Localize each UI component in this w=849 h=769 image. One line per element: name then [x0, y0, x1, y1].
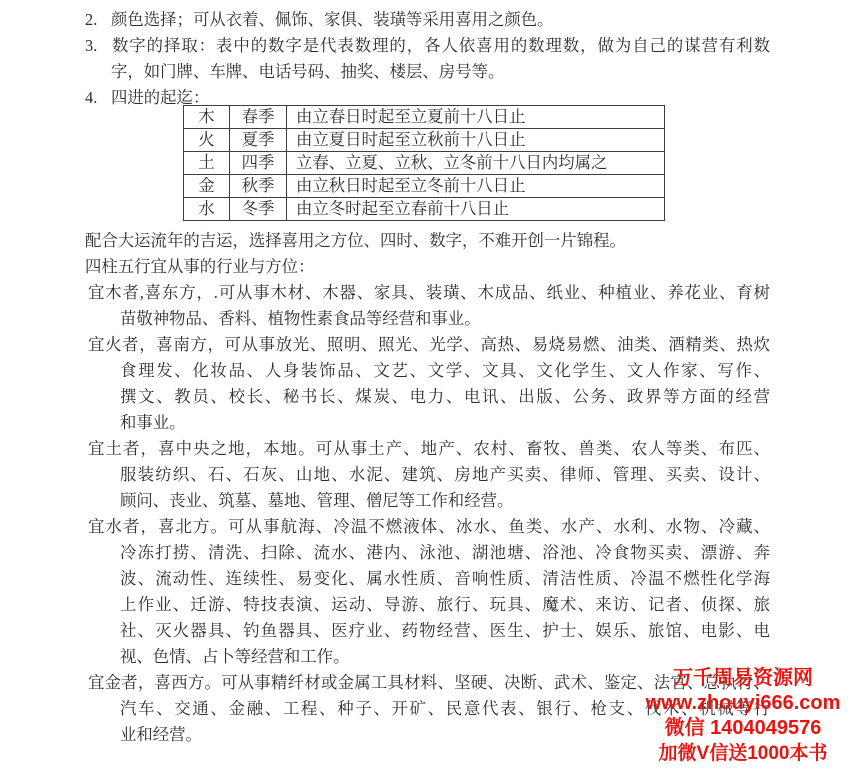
range-cell: 由立秋日时起至立冬前十八日止	[287, 175, 665, 198]
five-elements-seasons-table: 木春季由立春日时起至立夏前十八日止火夏季由立夏日时起至立秋前十八日止土四季立春、…	[183, 105, 665, 221]
range-cell: 由立夏日时起至立秋前十八日止	[287, 129, 665, 152]
paragraph-line: 顾问、丧业、筑墓、墓地、管理、僧尼等工作和经营。	[0, 488, 849, 514]
paragraph-line: 和事业。	[0, 410, 849, 436]
paragraph-line: 四柱五行宜从事的行业与方位：	[0, 254, 849, 280]
paragraph-line: 食理发、化妆品、人身装饰品、文艺、文学、文具、文化学生、文人作家、写作、	[0, 358, 849, 384]
paragraph-line: 宜火者，喜南方，可从事放光、照明、照光、光学、高热、易烧易燃、油类、酒精类、热炊	[0, 332, 849, 358]
season-cell: 四季	[230, 152, 287, 175]
element-cell: 土	[184, 152, 230, 175]
range-cell: 由立冬时起至立春前十八日止	[287, 198, 665, 221]
paragraph-line: 冷冻打捞、清洗、扫除、流水、港内、泳池、湖池塘、浴池、冷食物买卖、漂游、奔	[0, 540, 849, 566]
table-row: 水冬季由立冬时起至立春前十八日止	[184, 198, 665, 221]
paragraph-line: 宜土者，喜中央之地，本地。可从事土产、地产、农村、畜牧、兽类、农人等类、布匹、	[0, 436, 849, 462]
paragraph-line: 撰文、教员、校长、秘书长、煤炭、电力、电讯、出版、公务、政界等方面的经营	[0, 384, 849, 410]
document-page: 2.颜色选择；可从衣着、佩饰、家俱、装璜等采用喜用之颜色。3.数字的择取：表中的…	[0, 0, 849, 769]
paragraph-line: 宜木者,喜东方，.可从事木材、木器、家具、装璜、木成品、纸业、种植业、养花业、育…	[0, 280, 849, 306]
watermark-line: www.zhouyi666.com	[637, 691, 849, 716]
element-cell: 火	[184, 129, 230, 152]
paragraph-line: 社、灭火器具、钓鱼器具、医疗业、药物经营、医生、护士、娱乐、旅馆、电影、电	[0, 618, 849, 644]
list-item-text: 数字的择取：表中的数字是代表数理的，各人依喜用的数理数，做为自己的谋营有利数	[111, 36, 770, 55]
element-cell: 金	[184, 175, 230, 198]
table-row: 土四季立春、立夏、立秋、立冬前十八日内均属之	[184, 152, 665, 175]
numbered-list: 2.颜色选择；可从衣着、佩饰、家俱、装璜等采用喜用之颜色。3.数字的择取：表中的…	[0, 7, 849, 111]
range-cell: 立春、立夏、立秋、立冬前十八日内均属之	[287, 152, 665, 175]
list-item-number: 3.	[85, 33, 111, 59]
paragraph-line: 配合大运流年的吉运，选择喜用之方位、四时、数字，不难开创一片锦程。	[0, 228, 849, 254]
table-row: 木春季由立春日时起至立夏前十八日止	[184, 106, 665, 129]
seasons-table-body: 木春季由立春日时起至立夏前十八日止火夏季由立夏日时起至立秋前十八日止土四季立春、…	[184, 106, 665, 221]
paragraph-line: 上作业、迁游、特技表演、运动、导游、旅行、玩具、魔术、来访、记者、侦探、旅	[0, 592, 849, 618]
paragraph-line: 波、流动性、连续性、易变化、属水性质、音响性质、清洁性质、冷温不燃性化学海	[0, 566, 849, 592]
paragraph-line: 苗敬神物品、香料、植物性素食品等经营和事业。	[0, 306, 849, 332]
season-cell: 夏季	[230, 129, 287, 152]
list-item-line: 2.颜色选择；可从衣着、佩饰、家俱、装璜等采用喜用之颜色。	[0, 7, 849, 33]
watermark-line: 微信 1404049576	[637, 716, 849, 741]
season-cell: 春季	[230, 106, 287, 129]
table-row: 金秋季由立秋日时起至立冬前十八日止	[184, 175, 665, 198]
watermark-line: 万千周易资源网	[637, 666, 849, 691]
table-row: 火夏季由立夏日时起至立秋前十八日止	[184, 129, 665, 152]
list-item-text: 字，如门牌、车牌、电话号码、抽奖、楼层、房号等。	[111, 62, 504, 81]
list-item-number: 4.	[85, 85, 111, 111]
watermark: 万千周易资源网www.zhouyi666.com微信 1404049576加微V…	[637, 666, 849, 766]
season-cell: 冬季	[230, 198, 287, 221]
element-cell: 水	[184, 198, 230, 221]
paragraph-line: 宜水者，喜北方。可从事航海、冷温不燃液体、冰水、鱼类、水产、水利、水物、冷藏、	[0, 514, 849, 540]
paragraph-line: 服装纺织、石、石灰、山地、水泥、建筑、房地产买卖、律师、管理、买卖、设计、	[0, 462, 849, 488]
season-cell: 秋季	[230, 175, 287, 198]
list-item-text: 颜色选择；可从衣着、佩饰、家俱、装璜等采用喜用之颜色。	[111, 10, 554, 29]
list-item-number: 2.	[85, 7, 111, 33]
list-item-line: 字，如门牌、车牌、电话号码、抽奖、楼层、房号等。	[0, 59, 849, 85]
list-item-line: 3.数字的择取：表中的数字是代表数理的，各人依喜用的数理数，做为自己的谋营有利数	[0, 33, 849, 59]
element-cell: 木	[184, 106, 230, 129]
watermark-line: 加微V信送1000本书	[637, 741, 849, 766]
range-cell: 由立春日时起至立夏前十八日止	[287, 106, 665, 129]
